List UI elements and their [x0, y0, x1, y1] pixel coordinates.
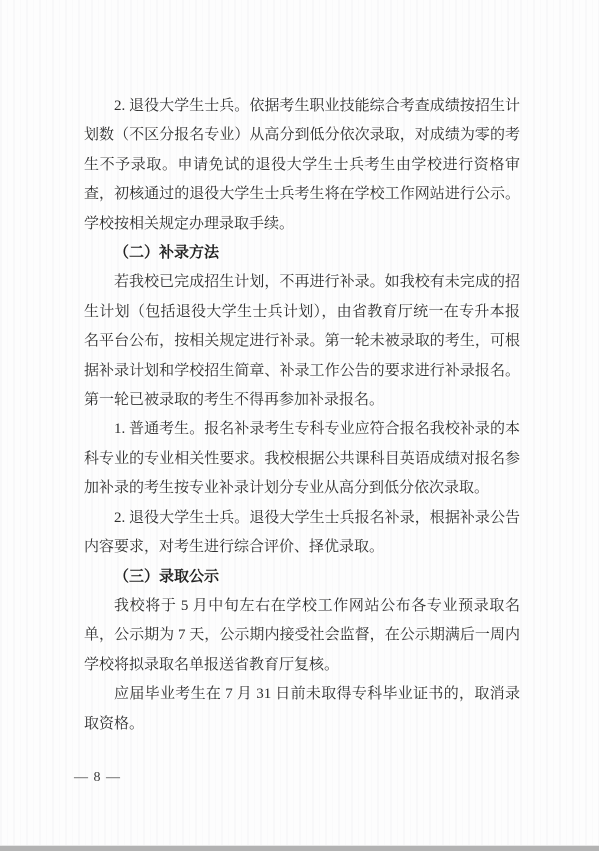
section-heading: （三）录取公示	[84, 563, 520, 592]
section-heading: （二）补录方法	[84, 239, 520, 268]
body-paragraph: 我校将于 5 月中旬左右在学校工作网站公布各专业预录取名单，公示期为 7 天，公…	[84, 592, 520, 680]
document-body: 2. 退役大学生士兵。依据考生职业技能综合考查成绩按招生计划数（不区分报名专业）…	[84, 92, 520, 739]
body-paragraph: 应届毕业考生在 7 月 31 日前未取得专科毕业证书的，取消录取资格。	[84, 680, 520, 739]
page-bottom-edge	[0, 845, 599, 851]
body-paragraph: 若我校已完成招生计划，不再进行补录。如我校有未完成的招生计划（包括退役大学生士兵…	[84, 268, 520, 415]
body-paragraph: 2. 退役大学生士兵。退役大学生士兵报名补录，根据补录公告内容要求，对考生进行综…	[84, 504, 520, 563]
page-number: — 8 —	[74, 770, 121, 786]
body-paragraph: 2. 退役大学生士兵。依据考生职业技能综合考查成绩按招生计划数（不区分报名专业）…	[84, 92, 520, 239]
body-paragraph: 1. 普通考生。报名补录考生专科专业应符合报名我校补录的本科专业的专业相关性要求…	[84, 415, 520, 503]
